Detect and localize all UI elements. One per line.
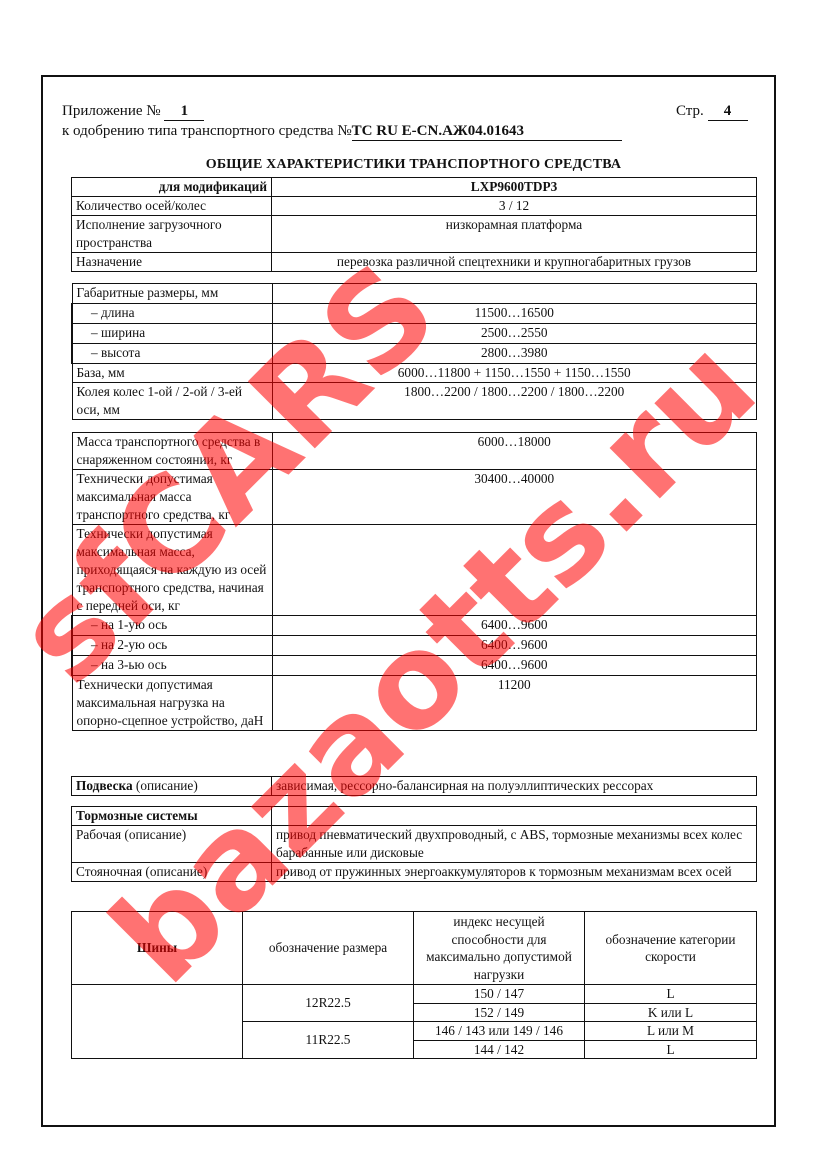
appendix-line: Приложение № 1 — [62, 102, 204, 121]
approval-label: к одобрению типа транспортного средства … — [62, 123, 352, 139]
load-index: 144 / 142 — [414, 1040, 585, 1059]
table-row: Тормозные системы — [72, 807, 757, 826]
load-index: 146 / 143 или 149 / 146 — [414, 1022, 585, 1041]
suspension-label-rest: (описание) — [133, 778, 198, 793]
row-value: привод от пружинных энергоаккумуляторов … — [272, 863, 757, 882]
table-row: – ширина 2500…2550 — [72, 324, 757, 344]
table-row: Масса транспортного средства в снаряженн… — [72, 433, 757, 470]
table-row: – высота 2800…3980 — [72, 344, 757, 364]
row-value: 6000…18000 — [272, 433, 757, 470]
modification-label: для модификаций — [72, 178, 272, 197]
tire-size: 11R22.5 — [243, 1022, 414, 1059]
dimensions-label: Габаритные размеры, мм — [72, 284, 272, 304]
row-value: 3 / 12 — [272, 197, 757, 216]
row-label: – на 2-ую ось — [72, 636, 272, 656]
approval-number: TC RU E-CN.AЖ04.01643 — [352, 122, 622, 141]
speed-category: L — [585, 985, 757, 1004]
row-value: 6400…9600 — [272, 636, 757, 656]
row-label: Исполнение загрузочного пространства — [72, 216, 272, 253]
size-header: обозначение размера — [243, 912, 414, 985]
row-value: 11500…16500 — [272, 304, 757, 324]
load-index: 152 / 149 — [414, 1003, 585, 1022]
modification-value: LXP9600TDP3 — [272, 178, 757, 197]
speed-category: K или L — [585, 1003, 757, 1022]
suspension-label-bold: Подвеска — [76, 778, 133, 793]
table-row: Технически допустимая максимальная масса… — [72, 525, 757, 616]
approval-line: к одобрению типа транспортного средства … — [62, 122, 622, 141]
suspension-table: Подвеска (описание) зависимая, рессорно-… — [71, 776, 757, 796]
modification-row: для модификаций LXP9600TDP3 — [72, 178, 757, 197]
speed-category: L или M — [585, 1022, 757, 1041]
row-value: 2800…3980 — [272, 344, 757, 364]
row-label: Рабочая (описание) — [72, 826, 272, 863]
load-index: 150 / 147 — [414, 985, 585, 1004]
brakes-table: Тормозные системы Рабочая (описание) при… — [71, 806, 757, 882]
row-label: Технически допустимая максимальная масса… — [72, 525, 272, 616]
row-label: Количество осей/колес — [72, 197, 272, 216]
row-value: 2500…2550 — [272, 324, 757, 344]
mass-table: Масса транспортного средства в снаряженн… — [71, 432, 757, 731]
table-row: Количество осей/колес 3 / 12 — [72, 197, 757, 216]
page-label: Стр. — [676, 103, 704, 119]
empty-cell — [272, 525, 757, 616]
empty-cell — [72, 985, 243, 1059]
row-value: перевозка различной спецтехники и крупно… — [272, 253, 757, 272]
table-row: Рабочая (описание) привод пневматический… — [72, 826, 757, 863]
appendix-label: Приложение № — [62, 103, 161, 119]
table-row: Исполнение загрузочного пространства низ… — [72, 216, 757, 253]
load-index-header: индекс несущей способности для максималь… — [414, 912, 585, 985]
document-title: ОБЩИЕ ХАРАКТЕРИСТИКИ ТРАНСПОРТНОГО СРЕДС… — [71, 157, 756, 173]
page-number-line: Стр. 4 — [676, 102, 748, 121]
suspension-label: Подвеска (описание) — [72, 777, 272, 796]
speed-category: L — [585, 1040, 757, 1059]
table-row: Технически допустимая максимальная масса… — [72, 470, 757, 525]
row-value: 6400…9600 — [272, 616, 757, 636]
row-label: Технически допустимая максимальная нагру… — [72, 676, 272, 731]
table-row: – на 3-ью ось 6400…9600 — [72, 656, 757, 676]
table-row: Назначение перевозка различной спецтехни… — [72, 253, 757, 272]
table-row: База, мм 6000…11800 + 1150…1550 + 1150…1… — [72, 364, 757, 383]
table-row: Стояночная (описание) привод от пружинны… — [72, 863, 757, 882]
dimensions-table: Габаритные размеры, мм – длина 11500…165… — [71, 283, 757, 420]
row-label: – на 1-ую ось — [72, 616, 272, 636]
table-row: – на 1-ую ось 6400…9600 — [72, 616, 757, 636]
table-row: Колея колес 1-ой / 2-ой / 3-ей оси, мм 1… — [72, 383, 757, 420]
tires-table: Шины обозначение размера индекс несущей … — [71, 911, 757, 1059]
tires-header: Шины — [72, 912, 243, 985]
table-row: Подвеска (описание) зависимая, рессорно-… — [72, 777, 757, 796]
row-value: 30400…40000 — [272, 470, 757, 525]
general-table: для модификаций LXP9600TDP3 Количество о… — [71, 177, 757, 272]
brakes-label: Тормозные системы — [72, 807, 272, 826]
dimensions-header-row: Габаритные размеры, мм — [72, 284, 757, 304]
speed-category-header: обозначение категории скорости — [585, 912, 757, 985]
table-row: – на 2-ую ось 6400…9600 — [72, 636, 757, 656]
row-label: – на 3-ью ось — [72, 656, 272, 676]
row-value: 1800…2200 / 1800…2200 / 1800…2200 — [272, 383, 757, 420]
table-row: – длина 11500…16500 — [72, 304, 757, 324]
empty-cell — [272, 284, 757, 304]
row-label: – длина — [72, 304, 272, 324]
row-value: 6400…9600 — [272, 656, 757, 676]
table-row: Технически допустимая максимальная нагру… — [72, 676, 757, 731]
row-label: Назначение — [72, 253, 272, 272]
row-label: База, мм — [72, 364, 272, 383]
row-label: – высота — [72, 344, 272, 364]
row-value: 11200 — [272, 676, 757, 731]
row-value: 6000…11800 + 1150…1550 + 1150…1550 — [272, 364, 757, 383]
empty-cell — [272, 807, 757, 826]
row-label: Колея колес 1-ой / 2-ой / 3-ей оси, мм — [72, 383, 272, 420]
suspension-value: зависимая, рессорно-балансирная на полуэ… — [272, 777, 757, 796]
row-label: – ширина — [72, 324, 272, 344]
row-value: привод пневматический двухпроводный, с A… — [272, 826, 757, 863]
appendix-number: 1 — [164, 102, 204, 121]
tire-size: 12R22.5 — [243, 985, 414, 1022]
table-row: 12R22.5 150 / 147 L — [72, 985, 757, 1004]
row-label: Масса транспортного средства в снаряженн… — [72, 433, 272, 470]
page-number: 4 — [708, 102, 748, 121]
row-label: Технически допустимая максимальная масса… — [72, 470, 272, 525]
row-label: Стояночная (описание) — [72, 863, 272, 882]
tires-header-row: Шины обозначение размера индекс несущей … — [72, 912, 757, 985]
row-value: низкорамная платформа — [272, 216, 757, 253]
